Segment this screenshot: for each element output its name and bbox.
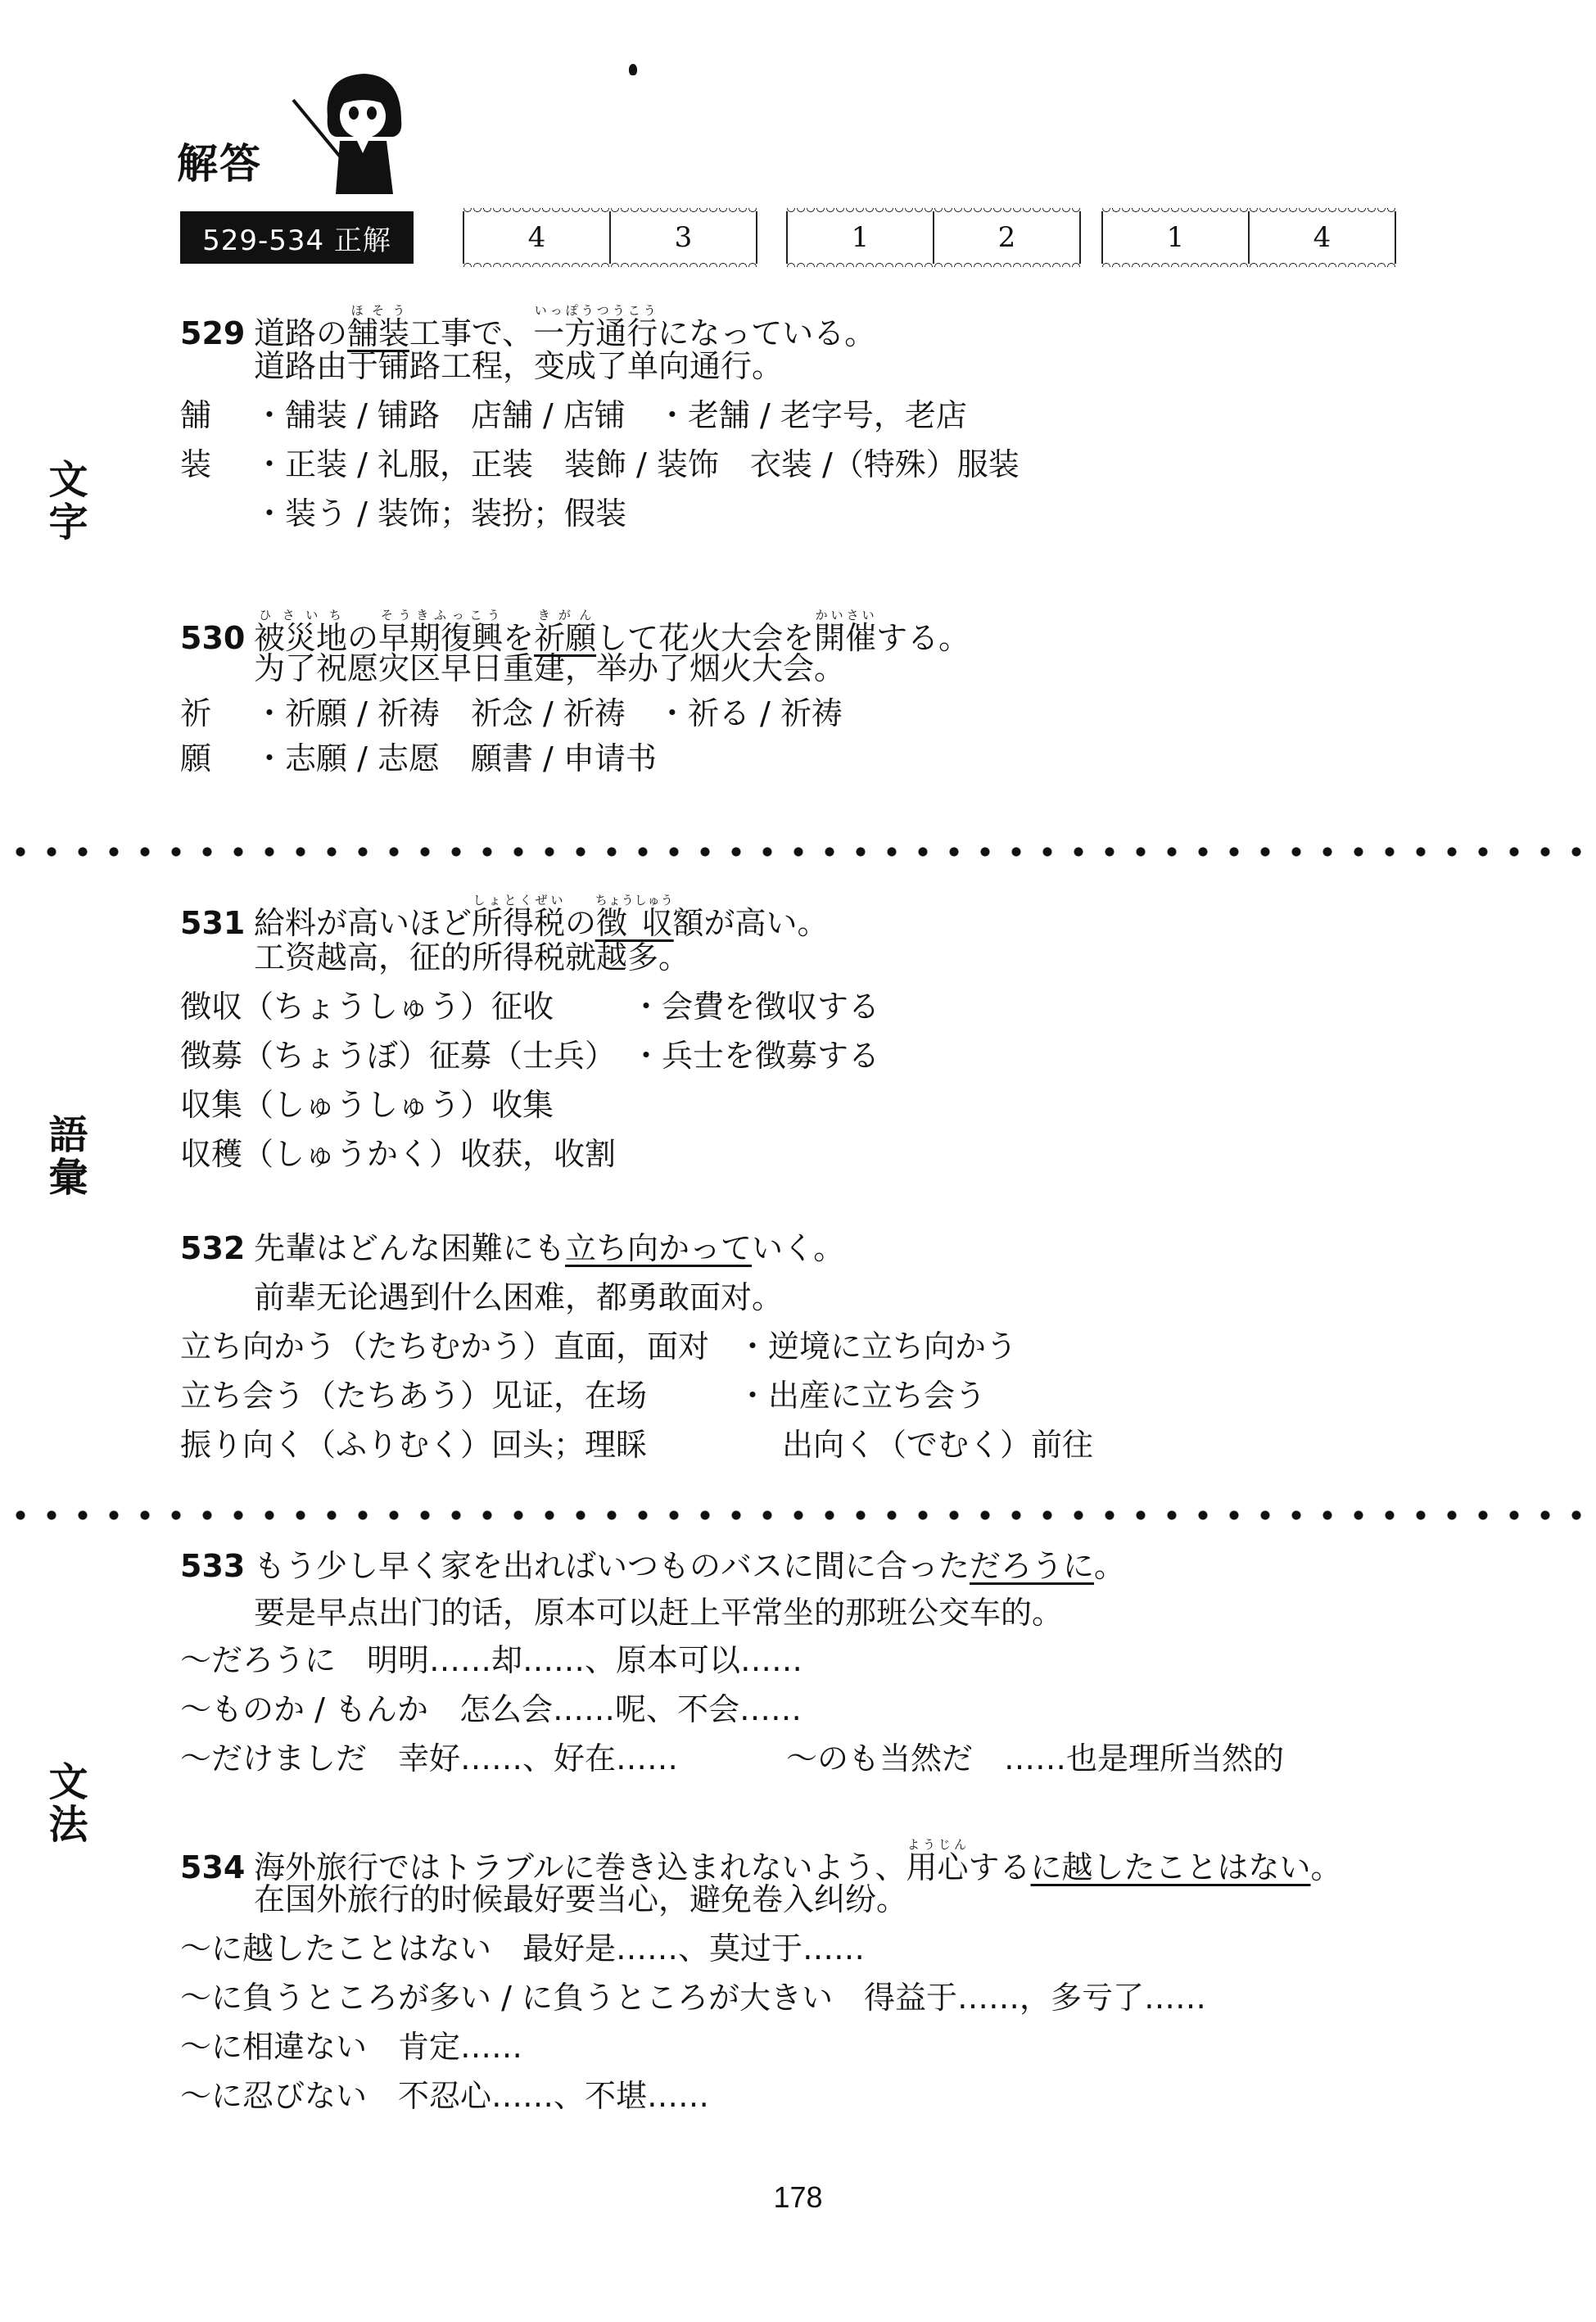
question-number: 530 [180,622,254,654]
question-531: 531給料が高いほど所得税しょとくぜいの徴 収ちょうしゅう額が高い。 [180,893,828,939]
note-row: ～ものか / もんか 怎么会……呢、不会…… [180,1694,802,1725]
kanji: 用心 [906,1849,968,1885]
target-word: だろうに [970,1548,1094,1584]
note-text: ・正装 / 礼服，正装 装飾 / 装饰 衣装 /（特殊）服装 [254,446,1020,482]
note-row: 徴収（ちょうしゅう）征收・会費を徴収する [180,991,879,1022]
furigana: かいさい [814,608,876,622]
sentence-text: する [969,1849,1031,1885]
target-kanji: 舗装 [347,315,409,351]
question-number: 529 [180,318,254,349]
section-label-bunpou: 文法 [45,1761,84,1846]
sentence-text: の [565,905,596,941]
question-533: 533もう少し早く家を出ればいつものバスに間に合っただろうに。 [180,1550,1125,1582]
question-number: 533 [180,1550,254,1582]
translation-530: 为了祝愿灾区早日重建，举办了烟火大会。 [254,653,845,684]
section-divider [0,1510,1596,1521]
note-text: ～のも当然だ ……也是理所当然的 [786,1740,1284,1777]
note-text: ・志願 / 志愿 願書 / 申请书 [254,740,657,776]
translation-529: 道路由于铺路工程，变成了单向通行。 [254,351,783,382]
furigana: ひさいち [254,608,347,622]
question-number: 532 [180,1233,254,1264]
note-row: ～に忍びない 不忍心……、不堪…… [180,2080,709,2112]
note-row: ～だけましだ 幸好……、好在……～のも当然だ ……也是理所当然的 [180,1743,1284,1774]
note-example: ・出産に立ち会う [737,1378,986,1414]
note-example: ・逆境に立ち向かう [737,1328,1017,1365]
note-text: 立ち会う（たちあう）见证，在场 [180,1380,737,1411]
note-text: 収集（しゅうしゅう）收集 [180,1087,554,1123]
question-530: 530被災地ひさいちの早期復興そうきふっこうを祈願きがんして花火大会を開催かいさ… [180,608,970,654]
note-row: 願・志願 / 志愿 願書 / 申请书 [180,743,657,774]
note-text: ・装う / 装饰；装扮；假装 [254,496,626,532]
ink-speck [629,64,637,75]
sentence-text: 。 [1311,1849,1342,1885]
note-row: 立ち会う（たちあう）见证，在场・出産に立ち会う [180,1380,986,1411]
note-text: ・舗装 / 铺路 店舗 / 店铺 ・老舗 / 老字号，老店 [254,397,967,433]
target-word: 舗装ほそう [347,315,409,351]
note-row: 装・正装 / 礼服，正装 装飾 / 装饰 衣装 /（特殊）服装 [180,449,1020,480]
furigana: そうきふっこう [378,608,503,622]
note-kanji: 願 [180,743,254,774]
furigana: きがん [534,608,596,622]
answer-group-1: 4 3 [463,211,757,264]
note-text: 徴募（ちょうぼ）征募（士兵） [180,1040,631,1071]
target-kanji: 徴 収 [595,905,674,941]
reading-word: 一方通行いっぽうつうこう [533,315,658,351]
sentence-text: が高い。 [703,905,828,941]
note-row: ～に相違ない 肯定…… [180,2031,522,2062]
target-word: に越したことはない [1031,1849,1311,1885]
sentence-text: 。 [1094,1548,1125,1584]
translation-533: 要是早点出门的话，原本可以赶上平常坐的那班公交车的。 [254,1597,1063,1628]
note-text: 収穫（しゅうかく）收获，收割 [180,1136,616,1172]
note-text: 徴収（ちょうしゅう）征收 [180,991,631,1022]
sentence-text: もう少し早く家を出ればいつものバスに間に合った [254,1548,970,1584]
section-divider [0,846,1596,858]
note-row: 舗・舗装 / 铺路 店舗 / 店铺 ・老舗 / 老字号，老店 [180,400,967,431]
answer-group-3: 1 4 [1101,211,1396,264]
note-kanji: 祈 [180,698,254,729]
answer-529: 4 [464,211,609,264]
note-row: 収穫（しゅうかく）收获，收割 [180,1138,616,1170]
note-row: 立ち向かう（たちむかう）直面，面对・逆境に立ち向かう [180,1331,1017,1362]
question-number: 534 [180,1852,254,1883]
kanji: 所得税 [472,905,565,941]
section-label-moji: 文字 [45,459,84,544]
note-example: ・兵士を徴募する [631,1038,879,1074]
answer-533: 1 [1103,211,1248,264]
note-row: 徴募（ちょうぼ）征募（士兵）・兵士を徴募する [180,1040,879,1071]
section-label-goi: 語彙 [45,1114,84,1199]
note-text: ・祈願 / 祈祷 祈念 / 祈祷 ・祈る / 祈祷 [254,695,843,731]
note-example: ・会費を徴収する [631,989,879,1025]
target-word: 立ち向かって [565,1230,752,1266]
furigana: ようじん [906,1837,968,1852]
question-529: 529道路の舗装ほそう工事で、一方通行いっぽうつうこうになっている。 [180,303,875,349]
sentence-text: いく。 [752,1230,844,1266]
answer-532: 2 [933,211,1079,264]
page-number: 178 [0,2180,1596,2215]
answer-range-label: 529-534 正解 [180,211,414,264]
furigana: ほそう [347,303,409,318]
note-example: 出向く（でむく）前往 [782,1427,1093,1463]
note-kanji: 装 [180,449,254,480]
note-row: ・装う / 装饰；装扮；假装 [180,498,626,529]
reading-word: 用心ようじん [906,1849,968,1885]
sentence-text: 海外旅行ではトラブルに巻き込まれないよう、 [254,1849,906,1885]
sentence-text: になっている。 [658,315,875,351]
question-number: 531 [180,908,254,939]
answer-534: 4 [1248,211,1395,264]
note-row: 収集（しゅうしゅう）收集 [180,1089,554,1120]
question-534: 534海外旅行ではトラブルに巻き込まれないよう、用心ようじんするに越したことはな… [180,1837,1342,1883]
note-kanji: 舗 [180,400,254,431]
translation-531: 工资越高，征的所得税就越多。 [254,942,689,973]
kanji: 額 [672,905,703,941]
note-row: ～だろうに 明明……却……、原本可以…… [180,1645,803,1676]
note-row: ～に越したことはない 最好是……、莫过于…… [180,1933,865,1964]
furigana: いっぽうつうこう [533,303,658,318]
note-text: ～だけましだ 幸好……、好在…… [180,1743,786,1774]
furigana: しょとくぜい [472,893,565,908]
page-title: 解答 [177,131,262,190]
note-text: 振り向く（ふりむく）回头；理睬 [180,1429,782,1460]
teacher-girl-with-pointer-icon [278,59,426,198]
note-row: 祈・祈願 / 祈祷 祈念 / 祈祷 ・祈る / 祈祷 [180,698,843,729]
note-row: ～に負うところが多い / に負うところが大きい 得益于……，多亏了…… [180,1982,1206,2013]
answer-531: 1 [788,211,933,264]
kanji: 一方通行 [533,315,658,351]
question-532: 532先輩はどんな困難にも立ち向かっていく。 [180,1233,844,1264]
sentence-text: する。 [876,620,970,656]
sentence-text: 先輩はどんな困難にも [254,1230,565,1266]
note-row: 振り向く（ふりむく）回头；理睬出向く（でむく）前往 [180,1429,1093,1460]
translation-532: 前辈无论遇到什么困难，都勇敢面对。 [254,1282,783,1313]
furigana: ちょうしゅう [595,893,674,908]
sentence-text: 工事で、 [409,315,533,351]
reading-word: 所得税しょとくぜい [472,905,565,941]
sentence-text: 道路の [254,315,347,351]
sentence-text: 給料が高いほど [254,905,472,941]
answer-530: 3 [609,211,756,264]
answer-group-2: 1 2 [786,211,1081,264]
target-word: 徴 収ちょうしゅう [596,905,672,941]
translation-534: 在国外旅行的时候最好要当心，避免卷入纠纷。 [254,1884,907,1915]
note-text: 立ち向かう（たちむかう）直面，面对 [180,1331,737,1362]
